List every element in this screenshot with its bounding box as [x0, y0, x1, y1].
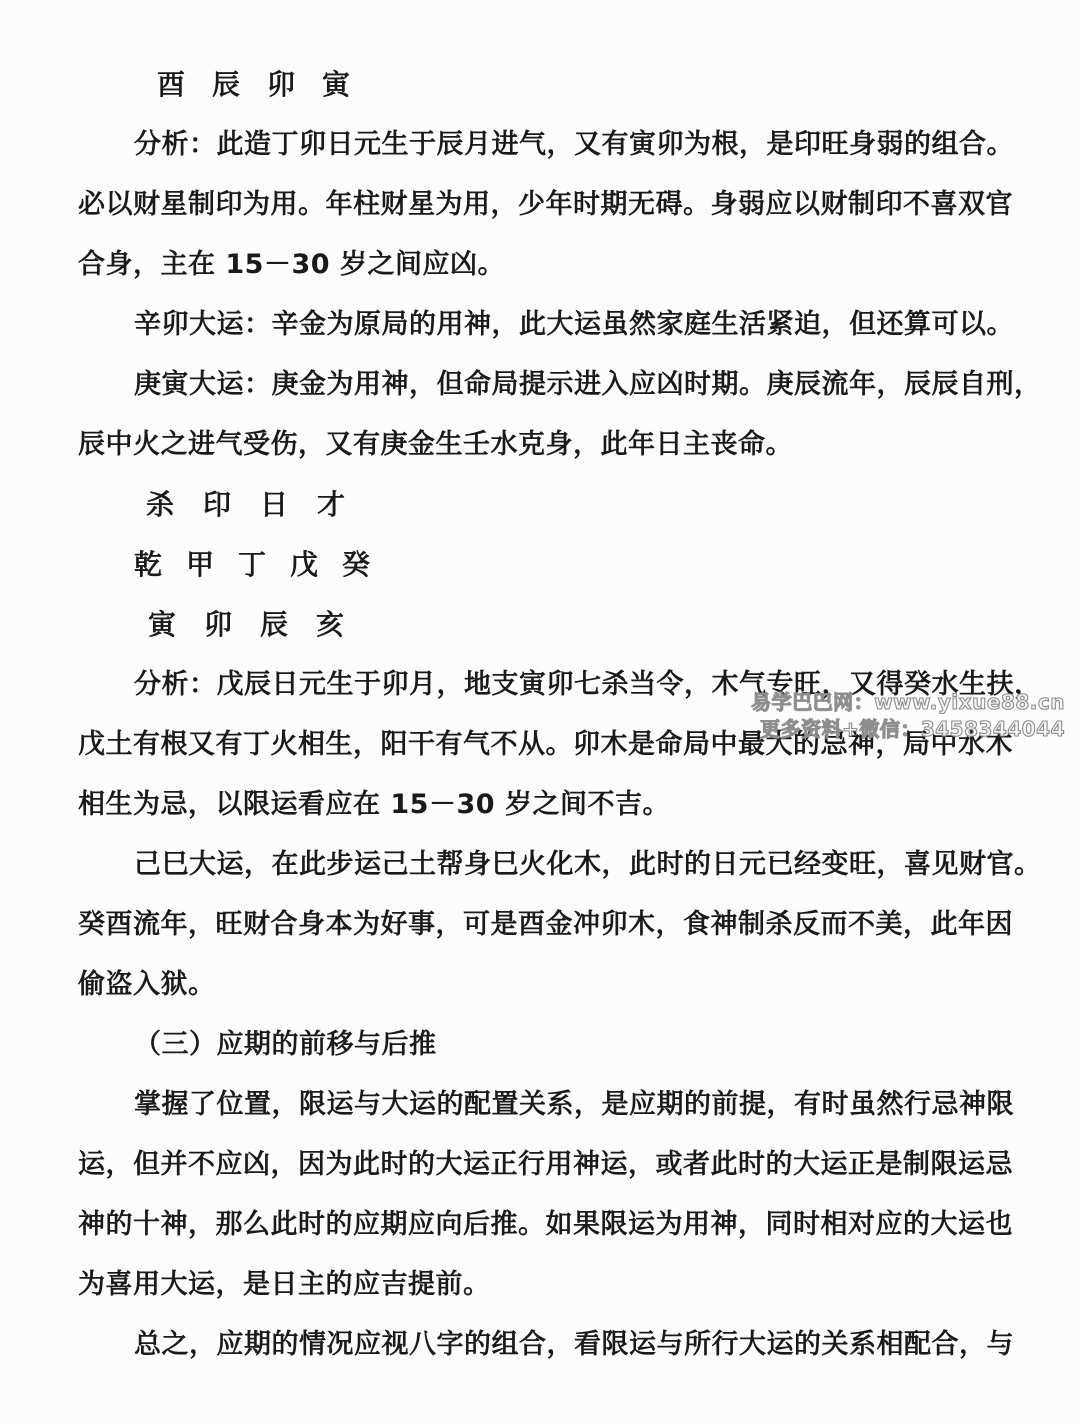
paragraph-line: 掌握了位置，限运与大运的配置关系，是应期的前提，有时虽然行忌神限 — [134, 1090, 1014, 1120]
paragraph-line: 运，但并不应凶，因为此时的大运正行用神运，或者此时的大运正是制限运忌 — [78, 1150, 1013, 1180]
paragraph-line: 神的十神，那么此时的应期应向后推。如果限运为用神，同时相对应的大运也 — [78, 1210, 1013, 1240]
watermark: 易学巴巴网：www.yixue88.cn 更多资料+微信：3458344044 — [751, 689, 1065, 743]
paragraph-line: 分析：此造丁卯日元生于辰月进气，又有寅卯为根，是印旺身弱的组合。 — [134, 130, 1014, 160]
paragraph-line: 癸酉流年，旺财合身本为好事，可是酉金冲卯木，食神制杀反而不美，此年因 — [78, 910, 1013, 940]
section-heading: （三）应期的前移与后推 — [134, 1030, 437, 1060]
paragraph-line: 相生为忌，以限运看应在 15－30 岁之间不吉。 — [78, 790, 670, 820]
paragraph-line: 合身，主在 15－30 岁之间应凶。 — [78, 250, 505, 280]
pillar-row-branches: 寅卯辰亥 — [148, 610, 372, 640]
paragraph-line: 必以财星制印为用。年柱财星为用，少年时期无碍。身弱应以财制印不喜双官 — [78, 190, 1013, 220]
pillar-row-ten-gods: 杀印日才 — [146, 490, 374, 520]
paragraph-line: 总之，应期的情况应视八字的组合，看限运与所行大运的关系相配合，与 — [134, 1330, 1014, 1360]
paragraph-line: 辛卯大运：辛金为原局的用神，此大运虽然家庭生活紧迫，但还算可以。 — [134, 310, 1014, 340]
scanned-document-page: 酉辰卯寅分析：此造丁卯日元生于辰月进气，又有寅卯为根，是印旺身弱的组合。必以财星… — [0, 0, 1080, 1424]
paragraph-line: 庚寅大运：庚金为用神，但命局提示进入应凶时期。庚辰流年，辰辰自刑， — [134, 370, 1042, 400]
paragraph-line: 己巳大运，在此步运己土帮身巳火化木，此时的日元已经变旺，喜见财官。 — [134, 850, 1042, 880]
watermark-site-text: 易学巴巴网：www.yixue88.cn — [751, 689, 1065, 716]
pillar-row-gender-and-stems: 乾甲丁戊癸 — [134, 550, 394, 580]
paragraph-line: 为喜用大运，是日主的应吉提前。 — [78, 1270, 491, 1300]
watermark-contact-text: 更多资料+微信：3458344044 — [751, 716, 1065, 743]
pillar-row-branches-previous-chart: 酉辰卯寅 — [157, 70, 377, 100]
paragraph-line: 偷盗入狱。 — [78, 970, 216, 1000]
paragraph-line: 辰中火之进气受伤，又有庚金生壬水克身，此年日主丧命。 — [78, 430, 793, 460]
